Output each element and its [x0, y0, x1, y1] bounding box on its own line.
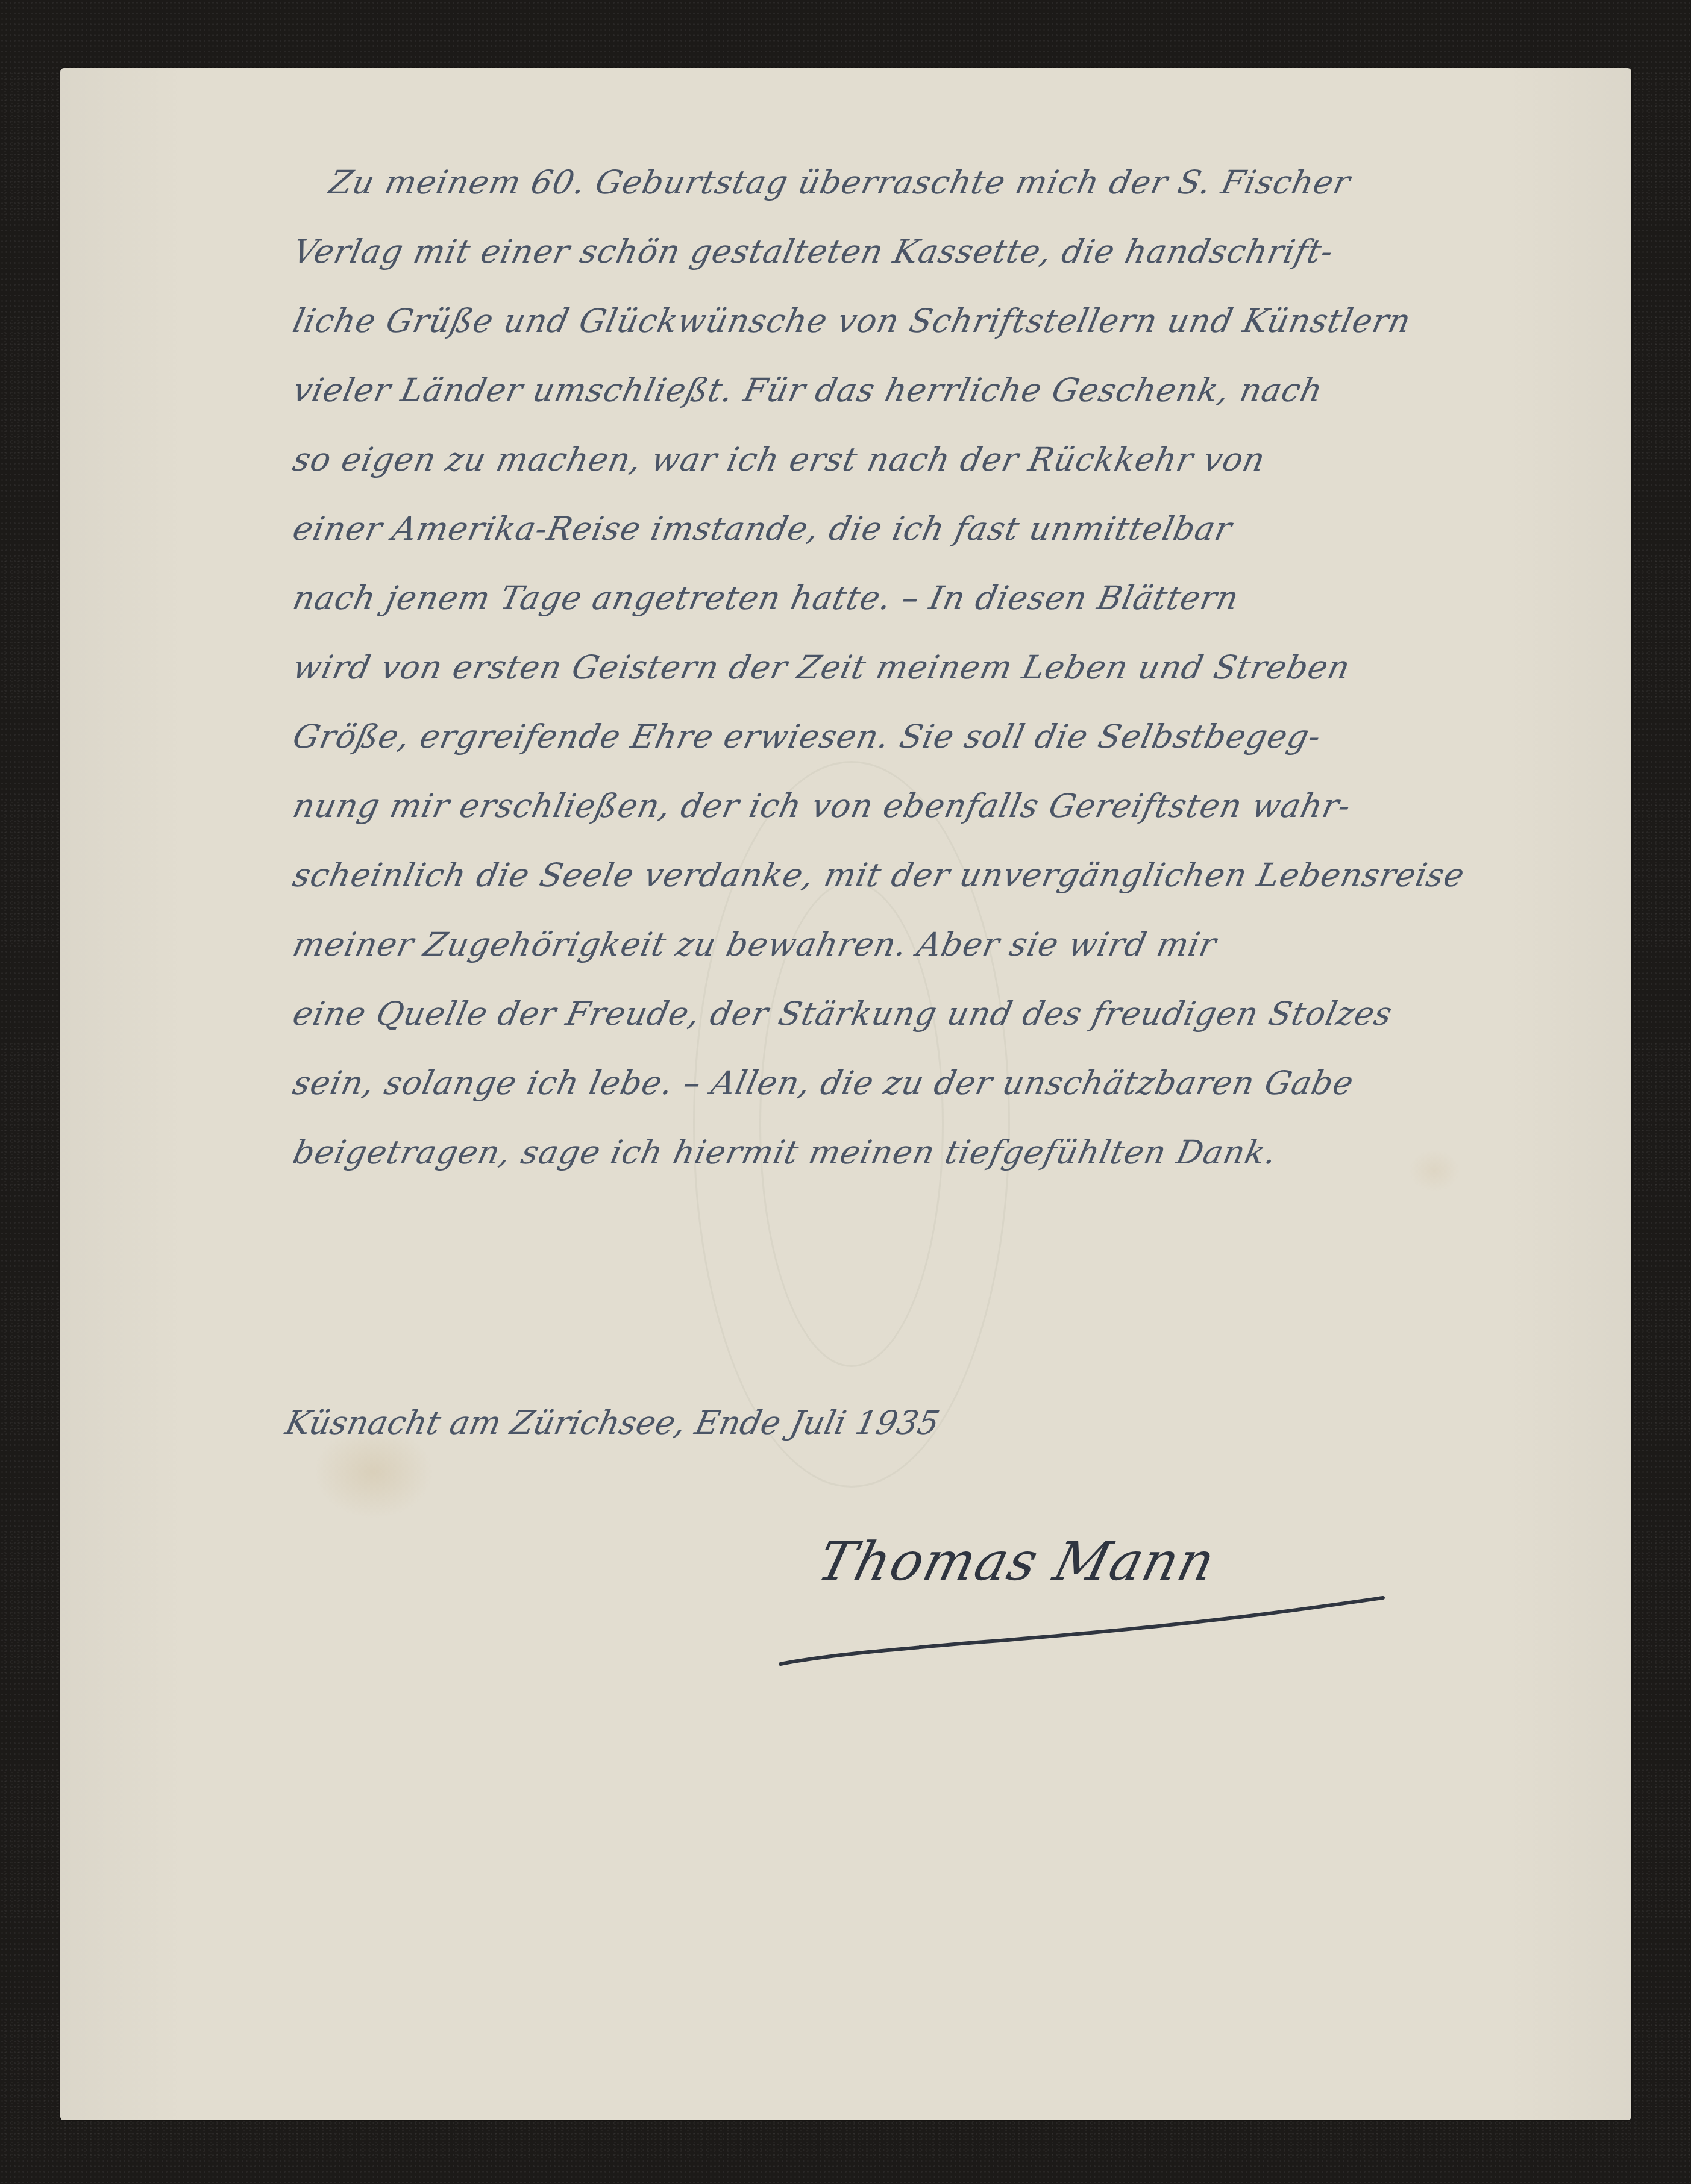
signature-underline	[777, 1591, 1386, 1669]
letter-line: vieler Länder umschließt. Für das herrli…	[286, 355, 1440, 425]
letter-line: beigetragen, sage ich hiermit meinen tie…	[286, 1118, 1440, 1187]
signature: Thomas Mann	[812, 1530, 1222, 1592]
letter-body: Zu meinem 60. Geburtstag überraschte mic…	[286, 148, 1425, 1187]
letter-line: sein, solange ich lebe. – Allen, die zu …	[286, 1048, 1440, 1118]
letter-line: Zu meinem 60. Geburtstag überraschte mic…	[286, 148, 1440, 217]
letter-line: so eigen zu machen, war ich erst nach de…	[286, 425, 1440, 494]
letter-line: nach jenem Tage angetreten hatte. – In d…	[286, 563, 1440, 633]
letter-line: nung mir erschließen, der ich von ebenfa…	[286, 771, 1440, 840]
letter-line: scheinlich die Seele verdanke, mit der u…	[286, 840, 1440, 910]
letter-line: einer Amerika-Reise imstande, die ich fa…	[286, 494, 1440, 563]
letter-line: meiner Zugehörigkeit zu bewahren. Aber s…	[286, 910, 1440, 979]
letter-line: Größe, ergreifende Ehre erwiesen. Sie so…	[286, 702, 1440, 771]
place-date-line: Küsnacht am Zürichsee, Ende Juli 1935	[282, 1404, 943, 1442]
letter-line: Verlag mit einer schön gestalteten Kasse…	[286, 217, 1440, 286]
letter-line: eine Quelle der Freude, der Stärkung und…	[286, 979, 1440, 1048]
letter-line: wird von ersten Geistern der Zeit meinem…	[286, 633, 1440, 702]
letter-line: liche Grüße und Glückwünsche von Schrift…	[286, 286, 1440, 355]
